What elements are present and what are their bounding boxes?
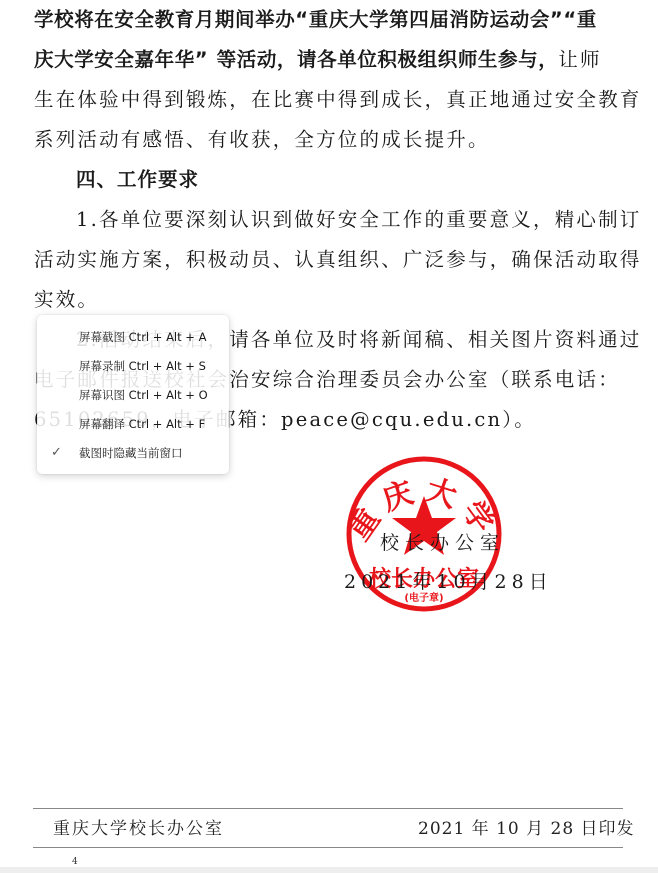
paragraph-line: 活动实施方案，积极动员、认真组织、广泛参与，确保活动取得 xyxy=(34,240,626,280)
menu-item-label: 屏幕识图 Ctrl + Alt + O xyxy=(79,382,208,408)
section-heading: 四、工作要求 xyxy=(76,160,658,200)
regular-text: 让师 xyxy=(558,48,601,71)
signature-date: 2021年10月28日 xyxy=(344,567,553,594)
paragraph-line: 1.各单位要深刻认识到做好安全工作的重要意义，精心制订 xyxy=(76,200,626,240)
bold-text: 等活动，请各单位积极组织师生参与， xyxy=(217,48,559,71)
footer-issue-date: 2021 年 10 月 28 日印发 xyxy=(418,814,635,839)
footer-issuer: 重庆大学校长办公室 xyxy=(53,814,224,839)
paragraph-line: 系列活动有感悟、有收获，全方位的成长提升。 xyxy=(34,120,626,160)
bold-text: 庆大学安全嘉年华” xyxy=(34,48,208,71)
menu-item-screen-translate[interactable]: 屏幕翻译 Ctrl + Alt + F xyxy=(37,411,229,437)
screenshot-context-menu: 屏幕截图 Ctrl + Alt + A 屏幕录制 Ctrl + Alt + S … xyxy=(37,315,229,474)
paragraph-line: 学校将在安全教育月期间举办“重庆大学第四届消防运动会”“重 xyxy=(34,0,626,40)
paragraph-line: 庆大学安全嘉年华” 等活动，请各单位积极组织师生参与，让师 xyxy=(34,40,626,80)
menu-item-label: 屏幕截图 Ctrl + Alt + A xyxy=(79,324,206,350)
paragraph-line: 生在体验中得到锻炼，在比赛中得到成长，真正地通过安全教育 xyxy=(34,80,626,120)
viewer-bottom-bar xyxy=(0,867,658,873)
menu-item-label: 屏幕翻译 Ctrl + Alt + F xyxy=(79,411,205,437)
menu-item-label: 截图时隐藏当前窗口 xyxy=(79,440,183,466)
checkmark-icon: ✓ xyxy=(51,440,62,466)
menu-item-screen-ocr[interactable]: 屏幕识图 Ctrl + Alt + O xyxy=(37,382,229,408)
menu-item-hide-window[interactable]: ✓ 截图时隐藏当前窗口 xyxy=(37,440,229,466)
menu-item-screen-record[interactable]: 屏幕录制 Ctrl + Alt + S xyxy=(37,353,229,379)
footer-bottom-rule xyxy=(33,847,623,848)
page-number: 4 xyxy=(72,857,78,867)
signature-office: 校长办公室 xyxy=(380,528,505,555)
menu-item-label: 屏幕录制 Ctrl + Alt + S xyxy=(79,353,206,379)
footer-top-rule xyxy=(33,808,623,809)
menu-item-screenshot[interactable]: 屏幕截图 Ctrl + Alt + A xyxy=(37,324,229,350)
paragraph-line: 实效。 xyxy=(34,280,626,320)
